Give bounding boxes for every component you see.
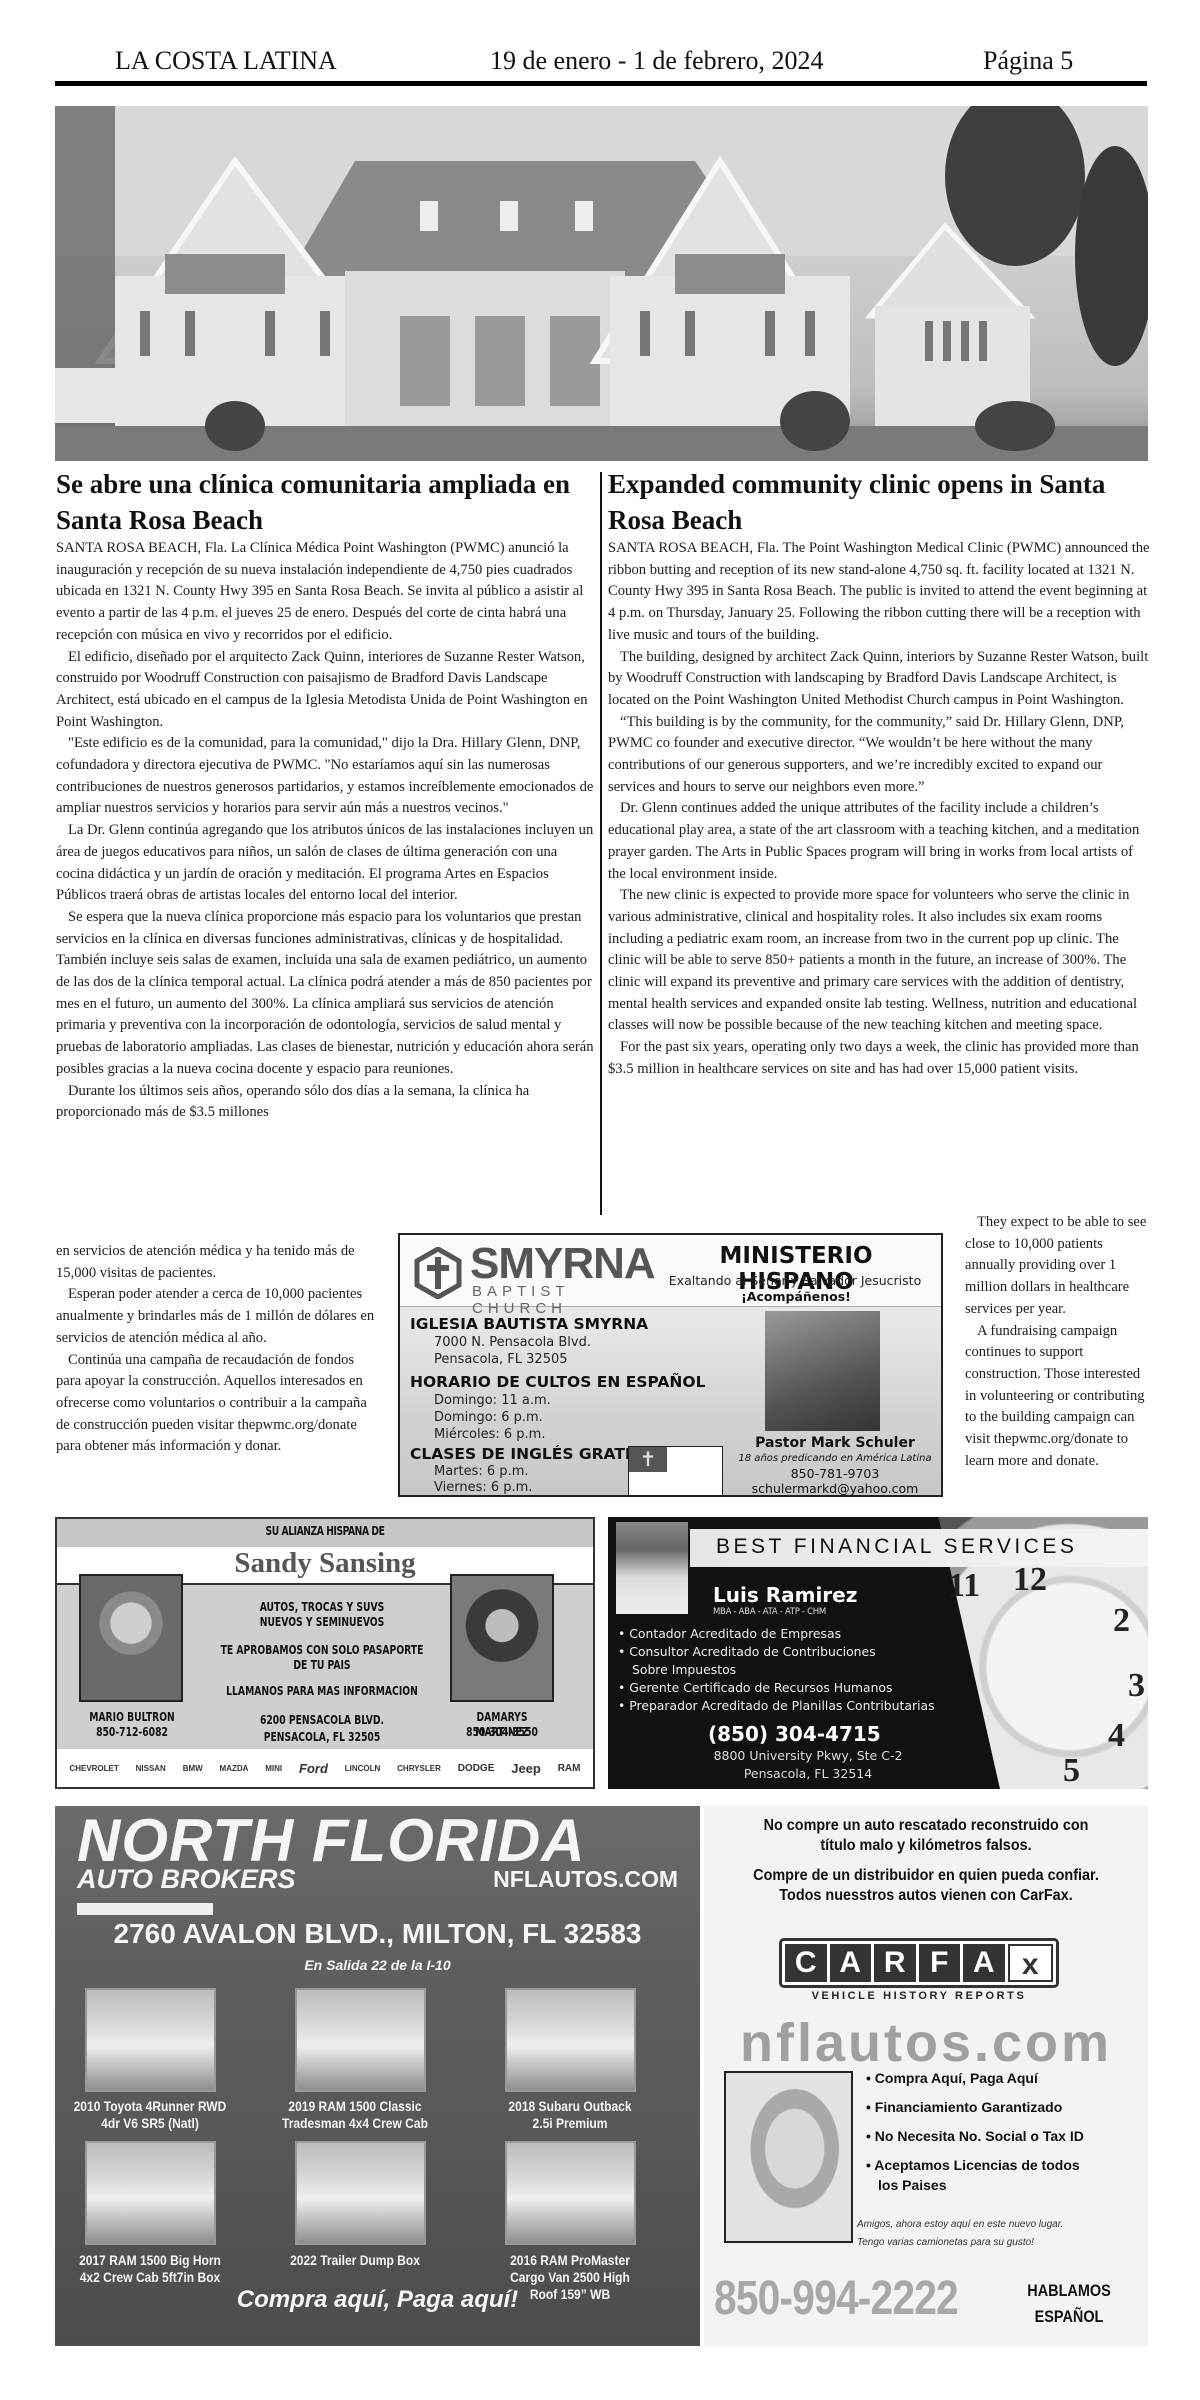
advisor-credentials: MBA - ABA - ATA - ATP - CHM [713, 1607, 826, 1617]
paragraph: SANTA ROSA BEACH, Fla. La Clínica Médica… [56, 538, 596, 647]
caption-line: 4dr V6 SR5 (Natl) [68, 2115, 231, 2132]
jeep-logo-icon: Jeep [511, 1761, 541, 1776]
paragraph: The new clinic is expected to provide mo… [608, 885, 1153, 1037]
paragraph: SANTA ROSA BEACH, Fla. The Point Washing… [608, 538, 1153, 647]
business-name: BEST FINANCIAL SERVICES [716, 1535, 1077, 1559]
cross-icon: ✝ [629, 1447, 667, 1472]
contact-photo-right [450, 1574, 554, 1702]
ad-band-text: SU ALIANZA HISPANA DE [97, 1524, 553, 1538]
ad-line: TE APROBAMOS CON SOLO PASAPORTE [220, 1642, 425, 1657]
column-divider [600, 472, 602, 1215]
badge-line: ESPAÑOL [1022, 2304, 1116, 2330]
nissan-logo-icon: NISSAN [136, 1764, 166, 1773]
ad-sandy-sansing[interactable]: SU ALIANZA HISPANA DE Sandy Sansing AUTO… [55, 1517, 595, 1789]
classes-title: CLASES DE INGLÉS GRATIS [410, 1445, 642, 1463]
ram-logo-icon: RAM [558, 1763, 581, 1774]
caption-line: 2017 RAM 1500 Big Horn [68, 2252, 231, 2269]
ad-nflautos-panel[interactable]: No compre un auto rescatado reconstruido… [704, 1806, 1148, 2346]
page-number: Página 5 [983, 46, 1073, 76]
church-address-2: Pensacola, FL 32505 [434, 1352, 568, 1367]
service-item: • Consultor Acreditado de Contribuciones [618, 1643, 935, 1661]
contact-left-phone[interactable]: 850-712-6082 [79, 1724, 186, 1739]
carfax-letter: F [919, 1944, 961, 1982]
paragraph: Continúa una campaña de recaudación de f… [56, 1350, 376, 1459]
caption-line: 4x2 Crew Cab 5ft7in Box [68, 2269, 231, 2286]
benefit-item: • Compra Aquí, Paga Aquí [866, 2064, 1084, 2093]
carfax-subtitle: VEHICLE HISTORY REPORTS [779, 1990, 1059, 2002]
service-item: • Gerente Certificado de Recursos Humano… [618, 1679, 935, 1697]
dealer-address-1: 6200 PENSACOLA BLVD. [220, 1712, 425, 1727]
quote-line: Amigos, ahora estoy aquí en este nuevo l… [857, 2216, 1063, 2234]
article-english: Expanded community clinic opens in Santa… [608, 466, 1153, 1081]
caption-line: 2016 RAM ProMaster [488, 2252, 651, 2269]
carfax-letter: x [1008, 1944, 1054, 1982]
schedule-item: Domingo: 11 a.m. [434, 1393, 551, 1408]
vehicle-photo [505, 1988, 636, 2092]
church-address-1: 7000 N. Pensacola Blvd. [434, 1335, 591, 1350]
paragraph: Durante los últimos seis años, operando … [56, 1081, 596, 1124]
dealer-address-2: PENSACOLA, FL 32505 [220, 1729, 425, 1744]
paragraph: Dr. Glenn continues added the unique att… [608, 798, 1153, 885]
dodge-logo-icon: DODGE [458, 1763, 495, 1774]
ad-smyrna-baptist-church[interactable]: SMYRNA BAPTIST CHURCH MINISTERIO HISPANO… [398, 1233, 943, 1497]
benefit-item: • Financiamiento Garantizado [866, 2093, 1084, 2122]
masthead-rule [55, 81, 1147, 86]
service-item: • Contador Acreditado de Empresas [618, 1625, 935, 1643]
clock-numeral: 2 [1113, 1602, 1130, 1640]
paragraph: The building, designed by architect Zack… [608, 647, 1153, 712]
masthead: LA COSTA LATINA 19 de enero - 1 de febre… [115, 42, 1085, 82]
service-item: • Preparador Acreditado de Planillas Con… [618, 1697, 935, 1715]
pastor-note: 18 años predicando en América Latina [730, 1453, 940, 1464]
publication-name: LA COSTA LATINA [115, 46, 337, 76]
article-english-continued: They expect to be able to see close to 1… [965, 1212, 1150, 1472]
paragraph: Se espera que la nueva clínica proporcio… [56, 907, 596, 1081]
vehicle-caption: 2010 Toyota 4Runner RWD4dr V6 SR5 (Natl) [68, 2098, 231, 2132]
paragraph: A fundraising campaign continues to supp… [965, 1321, 1150, 1473]
ad-north-florida-auto-brokers[interactable]: NORTH FLORIDA AUTO BROKERS NFLAUTOS.COM … [55, 1806, 700, 2346]
cross-hexagon-icon [414, 1247, 462, 1299]
clock-numeral: 5 [1063, 1752, 1080, 1789]
vehicle-caption: 2017 RAM 1500 Big Horn4x2 Crew Cab 5ft7i… [68, 2252, 231, 2286]
caption-line: 2019 RAM 1500 Classic [273, 2098, 436, 2115]
salesman-photo [724, 2071, 853, 2243]
trust-line: Compre de un distribuidor en quien pueda… [726, 1866, 1126, 1885]
paragraph: “This building is by the community, for … [608, 712, 1153, 799]
article-spanish-continued: en servicios de atención médica y ha ten… [56, 1241, 376, 1458]
warning-line: No compre un auto rescatado reconstruido… [726, 1816, 1126, 1835]
advisor-photo [616, 1522, 688, 1614]
address-line-1: 8800 University Pkwy, Ste C-2 [688, 1747, 928, 1765]
vehicle-photo [505, 2141, 636, 2245]
christian-flag: ✝ [628, 1446, 723, 1496]
caption-line: 2018 Subaru Outback [488, 2098, 651, 2115]
advisor-name: Luis Ramirez [713, 1583, 857, 1607]
ministry-tagline: Exaltando al Señor y Salvador Jesucristo [655, 1273, 935, 1288]
business-phone[interactable]: (850) 304-4715 [708, 1722, 881, 1746]
dealer-phone[interactable]: 850-994-2222 [714, 2271, 958, 2326]
paragraph: Esperan poder atender a cerca de 10,000 … [56, 1284, 376, 1349]
benefit-item: los Paises [866, 2175, 1084, 2195]
carfax-logo: C A R F A x [779, 1938, 1059, 1988]
pastor-photo [765, 1311, 880, 1431]
benefit-item: • Aceptamos Licencias de todos [866, 2151, 1084, 2175]
logo-word: SMYRNA [470, 1239, 655, 1289]
schedule-item: Miércoles: 6 p.m. [434, 1427, 545, 1442]
bmw-logo-icon: BMW [183, 1764, 203, 1773]
article-spanish: Se abre una clínica comunitaria ampliada… [56, 466, 596, 1124]
quote-line: Tengo varias camionetas para su gusto! [857, 2234, 1063, 2252]
caption-line: Cargo Van 2500 High [488, 2269, 651, 2286]
services-list: • Contador Acreditado de Empresas • Cons… [618, 1625, 935, 1715]
ad-line: LLAMANOS PARA MAS INFORMACION [220, 1683, 425, 1698]
brand-logo-strip: CHEVROLET NISSAN BMW MAZDA MINI Ford LIN… [57, 1749, 593, 1787]
article-english-title: Expanded community clinic opens in Santa… [608, 466, 1153, 538]
mini-logo-icon: MINI [265, 1764, 282, 1773]
class-item: Viernes: 6 p.m. [434, 1480, 532, 1495]
spanish-spoken-badge: HABLAMOS ESPAÑOL [1022, 2278, 1116, 2330]
ad-line: AUTOS, TROCAS Y SUVS [220, 1599, 425, 1614]
contact-right-phone[interactable]: 850-304-3550 [449, 1724, 556, 1739]
dealer-exit: En Salida 22 de la I-10 [55, 1957, 700, 1973]
class-item: Martes: 6 p.m. [434, 1464, 529, 1479]
contact-left-name: MARIO BULTRON [79, 1709, 186, 1724]
caption-line: 2022 Trailer Dump Box [273, 2252, 436, 2269]
pastor-name: Pastor Mark Schuler [730, 1435, 940, 1451]
benefits-list: • Compra Aquí, Paga Aquí • Financiamient… [866, 2064, 1084, 2195]
carfax-letter: A [830, 1944, 872, 1982]
clock-numeral: 4 [1108, 1717, 1125, 1755]
mazda-logo-icon: MAZDA [220, 1764, 249, 1773]
vehicle-photo [85, 2141, 216, 2245]
salesman-quote: Amigos, ahora estoy aquí en este nuevo l… [857, 2216, 1063, 2252]
dealer-slogan: Compra aquí, Paga aquí! [55, 2286, 700, 2314]
ad-line: DE TU PAIS [220, 1657, 425, 1672]
smyrna-logo: SMYRNA BAPTIST CHURCH [414, 1245, 654, 1301]
carfax-letter: C [785, 1944, 827, 1982]
schedule-item: Domingo: 6 p.m. [434, 1410, 543, 1425]
schedule-title: HORARIO DE CULTOS EN ESPAÑOL [410, 1373, 705, 1391]
ad-line: NUEVOS Y SEMINUEVOS [220, 1614, 425, 1629]
address-line-2: Pensacola, FL 32514 [688, 1765, 928, 1783]
business-address: 8800 University Pkwy, Ste C-2 Pensacola,… [688, 1747, 928, 1783]
vehicle-caption: 2022 Trailer Dump Box [273, 2252, 436, 2269]
article-spanish-body: SANTA ROSA BEACH, Fla. La Clínica Médica… [56, 538, 596, 1124]
ministry-cta: ¡Acompáñenos! [661, 1289, 931, 1304]
paragraph: en servicios de atención médica y ha ten… [56, 1241, 376, 1284]
carfax-letter: A [963, 1944, 1005, 1982]
article-spanish-title: Se abre una clínica comunitaria ampliada… [56, 466, 596, 538]
paragraph: La Dr. Glenn continúa agregando que los … [56, 820, 596, 907]
building-illustration-icon [55, 106, 1148, 461]
warning-line: título malo y kilómetros falsos. [726, 1836, 1126, 1855]
ford-logo-icon: Ford [299, 1761, 328, 1776]
church-name: IGLESIA BAUTISTA SMYRNA [410, 1315, 648, 1333]
dealer-website[interactable]: NFLAUTOS.COM [493, 1866, 678, 1893]
clock-numeral: 3 [1128, 1667, 1145, 1705]
paragraph: They expect to be able to see close to 1… [965, 1212, 1150, 1321]
caption-line: 2010 Toyota 4Runner RWD [68, 2098, 231, 2115]
accent-bar [77, 1903, 213, 1915]
issue-date: 19 de enero - 1 de febrero, 2024 [490, 46, 824, 76]
caption-line: Tradesman 4x4 Crew Cab [273, 2115, 436, 2132]
carfax-letter: R [874, 1944, 916, 1982]
dealer-subtitle: AUTO BROKERS [77, 1864, 296, 1895]
pastor-phone[interactable]: 850-781-9703 [730, 1466, 940, 1481]
trust-line: Todos nuesstros autos vienen con CarFax. [726, 1886, 1126, 1905]
clock-numeral: 11 [948, 1567, 980, 1605]
contact-photo-left [79, 1574, 183, 1702]
vehicle-photo [295, 2141, 426, 2245]
clinic-building-photo [55, 106, 1148, 461]
article-english-body: SANTA ROSA BEACH, Fla. The Point Washing… [608, 538, 1153, 1081]
vehicle-photo [295, 1988, 426, 2092]
paragraph: El edificio, diseñado por el arquitecto … [56, 647, 596, 734]
ad-best-financial-services[interactable]: 11 12 2 3 4 5 BEST FINANCIAL SERVICES Lu… [608, 1517, 1148, 1789]
service-item: Sobre Impuestos [618, 1661, 935, 1679]
pastor-email[interactable]: schulermarkd@yahoo.com [730, 1481, 940, 1496]
vehicle-caption: 2019 RAM 1500 ClassicTradesman 4x4 Crew … [273, 2098, 436, 2132]
benefit-item: • No Necesita No. Social o Tax ID [866, 2122, 1084, 2151]
badge-line: HABLAMOS [1022, 2278, 1116, 2304]
paragraph: "Este edificio es de la comunidad, para … [56, 733, 596, 820]
chrysler-logo-icon: CHRYSLER [397, 1764, 441, 1773]
paragraph: For the past six years, operating only t… [608, 1037, 1153, 1080]
lincoln-logo-icon: LINCOLN [345, 1764, 381, 1773]
vehicle-caption: 2018 Subaru Outback2.5i Premium [488, 2098, 651, 2132]
caption-line: 2.5i Premium [488, 2115, 651, 2132]
chevrolet-logo-icon: CHEVROLET [69, 1764, 118, 1773]
vehicle-photo [85, 1988, 216, 2092]
dealer-address: 2760 AVALON BLVD., MILTON, FL 32583 [55, 1918, 700, 1950]
logo-subtitle: BAPTIST CHURCH [472, 1283, 654, 1317]
